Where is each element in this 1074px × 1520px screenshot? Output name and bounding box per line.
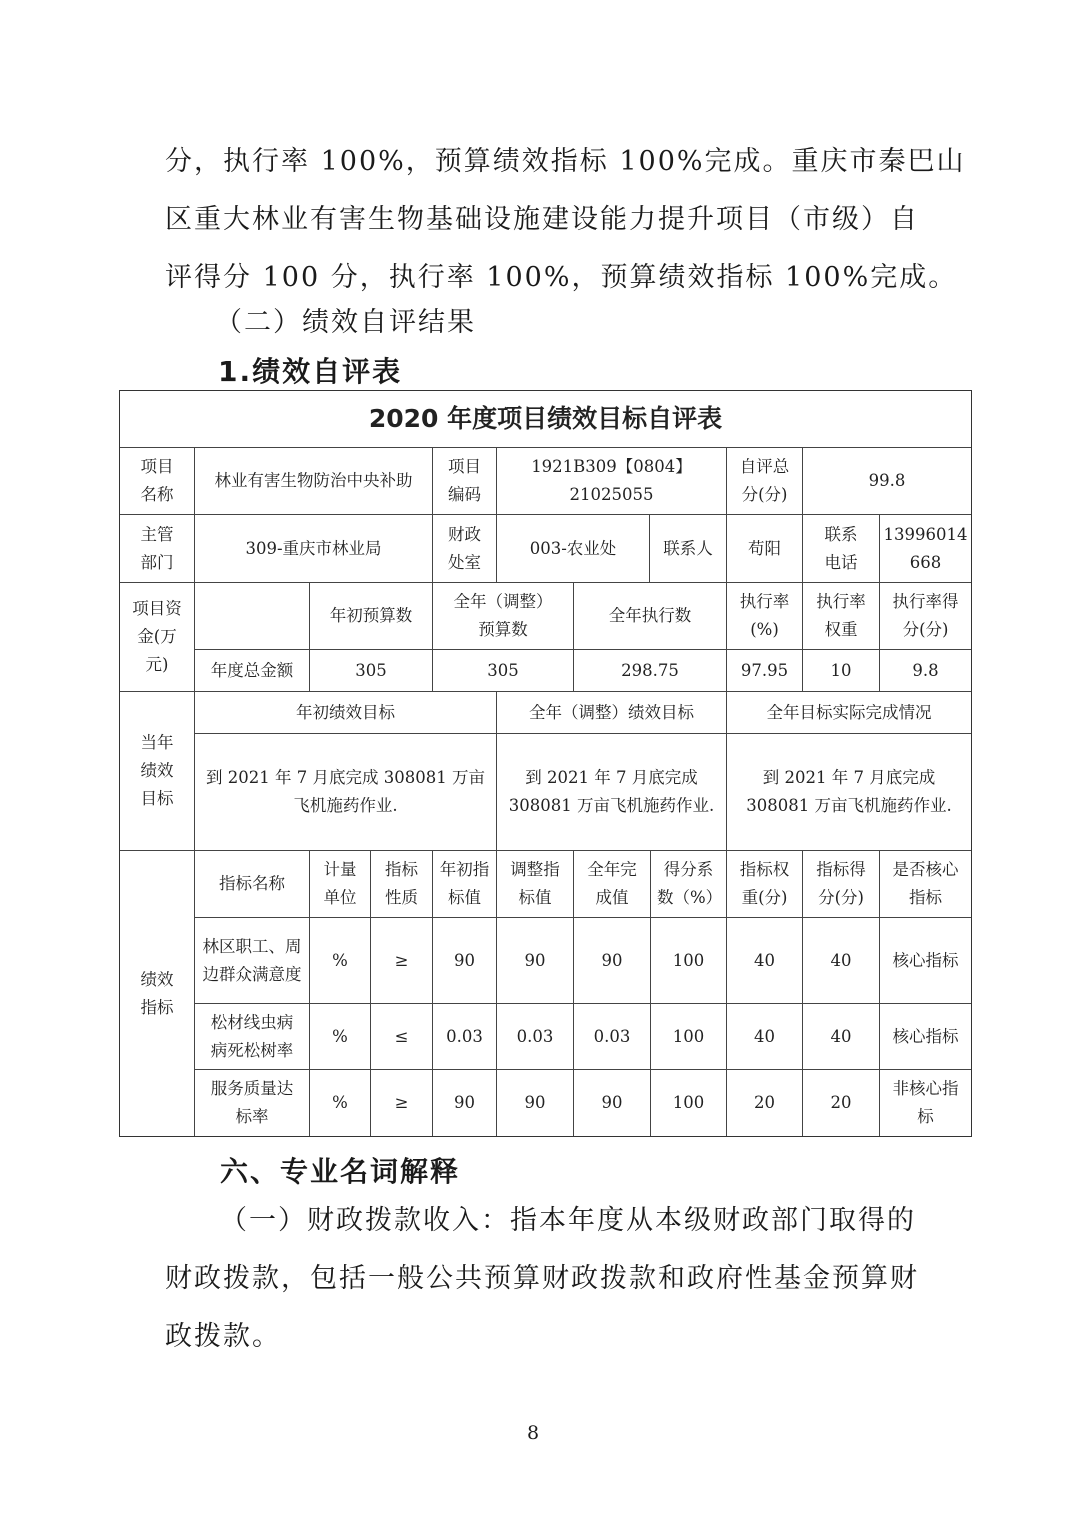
ind-row1-nature: ≥: [371, 918, 433, 1004]
ind-row1-name: 林区职工、周边群众满意度: [195, 918, 310, 1004]
self-score-label: 自评总分(分): [727, 448, 803, 515]
phone-label: 联系电话: [803, 515, 880, 583]
phone-value: 13996014668: [880, 515, 971, 583]
performance-self-eval-table: 2020 年度项目绩效目标自评表 项目名称 林业有害生物防治中央补助 项目编码 …: [119, 390, 972, 1137]
ind-header-weight: 指标权重(分): [727, 851, 803, 918]
funds-exec-score: 9.8: [880, 650, 971, 692]
ind-row1-score: 40: [803, 918, 880, 1004]
ind-row1-completed: 90: [574, 918, 651, 1004]
funds-header-exec-score: 执行率得分(分): [880, 583, 971, 650]
ind-row3-weight: 20: [727, 1070, 803, 1136]
ind-row1-unit: %: [310, 918, 371, 1004]
goals-adjusted-value: 到 2021 年 7 月底完成 308081 万亩飞机施药作业.: [497, 734, 727, 851]
funds-exec-weight: 10: [803, 650, 880, 692]
definition-paragraph: （一）财政拨款收入：指本年度从本级财政部门取得的 财政拨款，包括一般公共预算财政…: [165, 1192, 925, 1366]
ind-row2-name: 松材线虫病病死松树率: [195, 1004, 310, 1070]
table-title: 2020 年度项目绩效目标自评表: [120, 391, 971, 448]
funds-header-adjusted-budget: 全年（调整）预算数: [433, 583, 574, 650]
ind-header-adjusted: 调整指标值: [497, 851, 574, 918]
ind-row3-coefficient: 100: [651, 1070, 727, 1136]
contact-value: 苟阳: [727, 515, 803, 583]
ind-row2-core: 核心指标: [880, 1004, 971, 1070]
project-code-label: 项目编码: [433, 448, 497, 515]
goals-actual-value: 到 2021 年 7 月底完成 308081 万亩飞机施药作业.: [727, 734, 971, 851]
project-code-value: 1921B309【0804】21025055: [497, 448, 727, 515]
contact-label: 联系人: [650, 515, 727, 583]
funds-header-executed: 全年执行数: [574, 583, 727, 650]
intro-line-1: 分，执行率 100%，预算绩效指标 100%完成。重庆市秦巴山: [165, 133, 925, 191]
goals-header-actual: 全年目标实际完成情况: [727, 692, 971, 734]
subheading-self-eval-table: 1.绩效自评表: [218, 350, 402, 390]
indicators-label: 绩效指标: [120, 851, 195, 1136]
ind-row1-adjusted: 90: [497, 918, 574, 1004]
project-name-label: 项目名称: [120, 448, 195, 515]
funds-initial-budget: 305: [310, 650, 433, 692]
ind-row2-nature: ≤: [371, 1004, 433, 1070]
ind-row2-adjusted: 0.03: [497, 1004, 574, 1070]
funds-label: 项目资金(万元): [120, 583, 195, 692]
funds-header-exec-weight: 执行率权重: [803, 583, 880, 650]
ind-header-initial: 年初指标值: [433, 851, 497, 918]
ind-header-unit: 计量单位: [310, 851, 371, 918]
ind-header-nature: 指标性质: [371, 851, 433, 918]
ind-row3-adjusted: 90: [497, 1070, 574, 1136]
ind-header-score: 指标得分(分): [803, 851, 880, 918]
funds-header-blank: [195, 583, 310, 650]
goals-header-adjusted: 全年（调整）绩效目标: [497, 692, 727, 734]
ind-row2-weight: 40: [727, 1004, 803, 1070]
funds-adjusted-budget: 305: [433, 650, 574, 692]
project-name-value: 林业有害生物防治中央补助: [195, 448, 433, 515]
ind-row1-weight: 40: [727, 918, 803, 1004]
ind-row3-score: 20: [803, 1070, 880, 1136]
ind-header-name: 指标名称: [195, 851, 310, 918]
finance-office-label: 财政处室: [433, 515, 497, 583]
definition-line-2: 财政拨款，包括一般公共预算财政拨款和政府性基金预算财: [165, 1250, 925, 1308]
finance-office-value: 003-农业处: [497, 515, 650, 583]
funds-exec-rate: 97.95: [727, 650, 803, 692]
definition-line-3: 政拨款。: [165, 1308, 925, 1366]
ind-row2-score: 40: [803, 1004, 880, 1070]
ind-row2-coefficient: 100: [651, 1004, 727, 1070]
goals-header-initial: 年初绩效目标: [195, 692, 497, 734]
definition-line-1: （一）财政拨款收入：指本年度从本级财政部门取得的: [165, 1192, 925, 1250]
ind-row3-unit: %: [310, 1070, 371, 1136]
section-6-heading: 六、专业名词解释: [220, 1150, 460, 1190]
subheading-performance-results: （二）绩效自评结果: [215, 300, 476, 339]
funds-row-label: 年度总金额: [195, 650, 310, 692]
intro-line-3: 评得分 100 分，执行率 100%，预算绩效指标 100%完成。: [165, 249, 925, 307]
ind-header-completed: 全年完成值: [574, 851, 651, 918]
intro-line-2: 区重大林业有害生物基础设施建设能力提升项目（市级）自: [165, 191, 925, 249]
page-number: 8: [527, 1422, 539, 1444]
ind-row2-unit: %: [310, 1004, 371, 1070]
goals-label: 当年绩效目标: [120, 692, 195, 851]
dept-value: 309-重庆市林业局: [195, 515, 433, 583]
ind-row1-coefficient: 100: [651, 918, 727, 1004]
intro-paragraph: 分，执行率 100%，预算绩效指标 100%完成。重庆市秦巴山 区重大林业有害生…: [165, 133, 925, 307]
funds-header-initial-budget: 年初预算数: [310, 583, 433, 650]
funds-header-exec-rate: 执行率(%): [727, 583, 803, 650]
ind-header-coefficient: 得分系数（%）: [651, 851, 727, 918]
ind-row3-completed: 90: [574, 1070, 651, 1136]
ind-header-core: 是否核心指标: [880, 851, 971, 918]
ind-row3-core: 非核心指标: [880, 1070, 971, 1136]
goals-initial-value: 到 2021 年 7 月底完成 308081 万亩飞机施药作业.: [195, 734, 497, 851]
dept-label: 主管部门: [120, 515, 195, 583]
ind-row3-initial: 90: [433, 1070, 497, 1136]
ind-row1-initial: 90: [433, 918, 497, 1004]
ind-row2-initial: 0.03: [433, 1004, 497, 1070]
ind-row3-nature: ≥: [371, 1070, 433, 1136]
ind-row1-core: 核心指标: [880, 918, 971, 1004]
self-score-value: 99.8: [803, 448, 971, 515]
ind-row2-completed: 0.03: [574, 1004, 651, 1070]
ind-row3-name: 服务质量达标率: [195, 1070, 310, 1136]
funds-executed: 298.75: [574, 650, 727, 692]
